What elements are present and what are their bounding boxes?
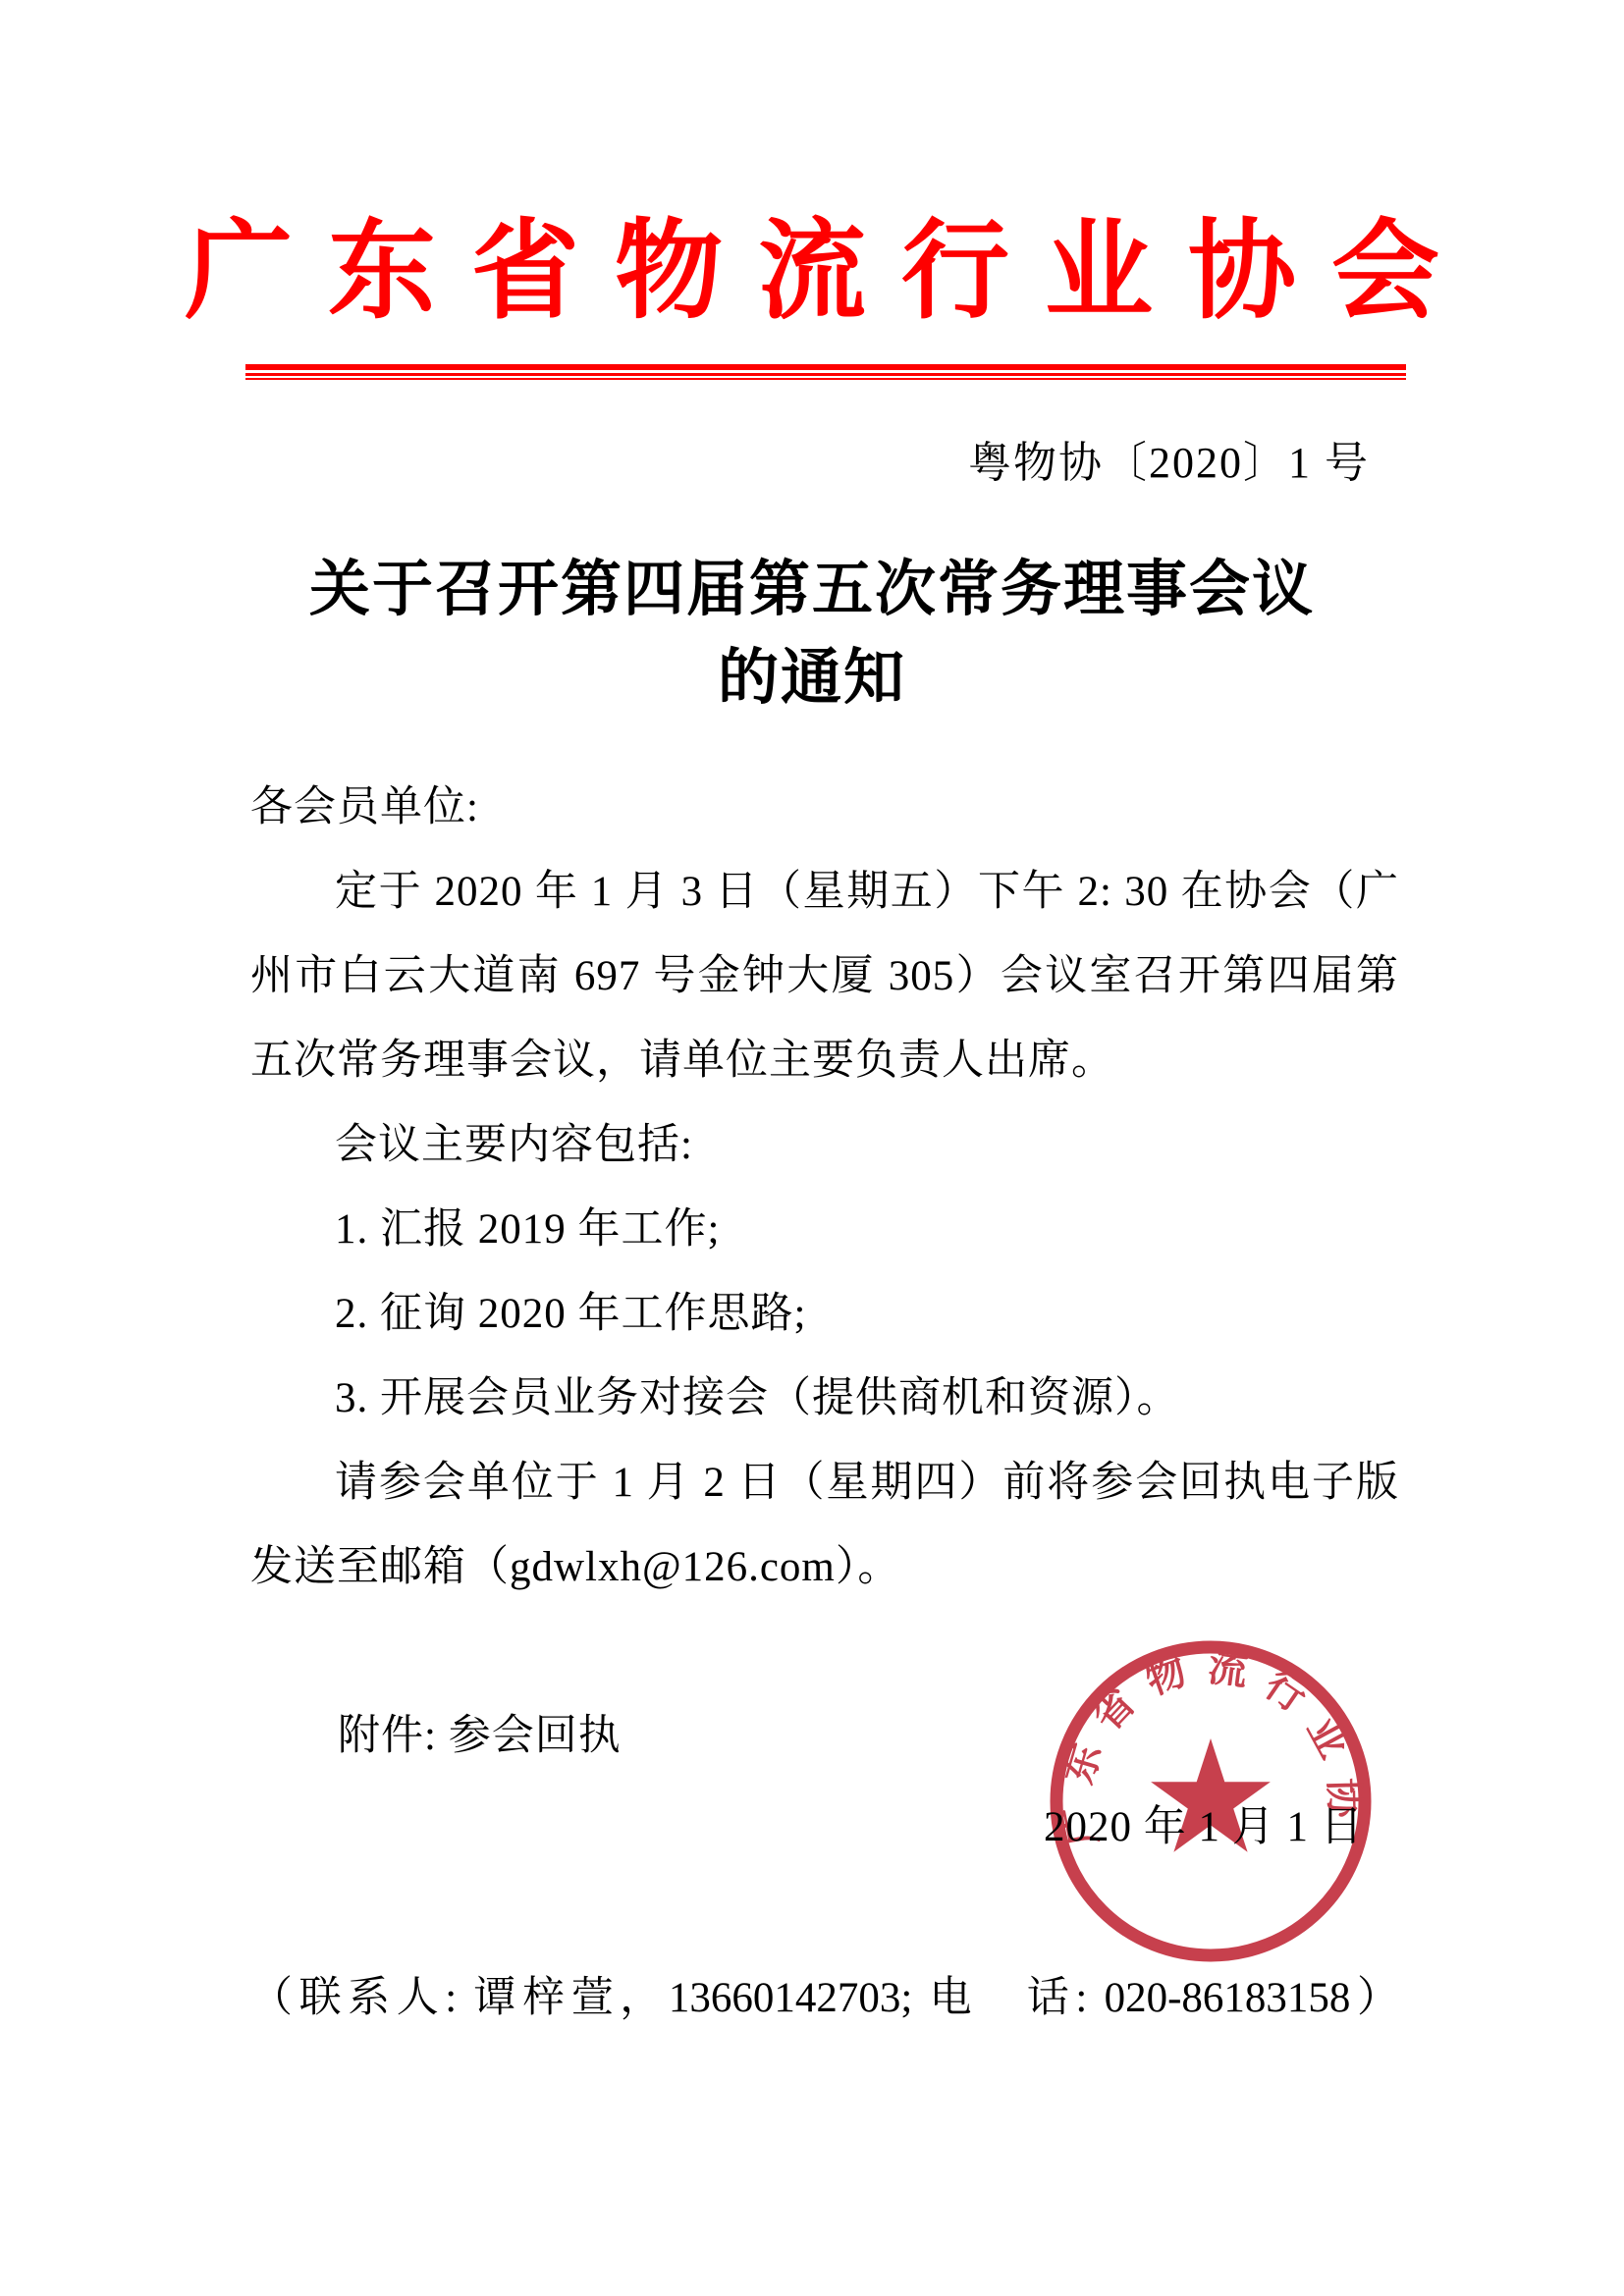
body-line: 发送至邮箱（gdwlxh@126.com）。 [250,1525,1399,1610]
body-line: 州市白云大道南 697 号金钟大厦 305）会议室召开第四届第 [250,934,1399,1019]
letterhead-rule-thin [245,378,1406,380]
letterhead-rule-mid [245,373,1406,376]
document-number: 粤物协〔2020〕1 号 [968,440,1370,487]
contact-info: （联系人: 谭梓萱，13660142703; 电 话: 020-86183158… [250,1977,1399,2020]
body-line: 五次常务理事会议，请单位主要负责人出席。 [250,1019,1399,1103]
document-title-line2: 的通知 [0,634,1624,722]
body-line: 请参会单位于 1 月 2 日（星期四）前将参会回执电子版 [250,1441,1399,1525]
body-line: 会议主要内容包括: [250,1103,1399,1188]
document-title: 关于召开第四届第五次常务理事会议 的通知 [0,546,1624,722]
letterhead-org-name: 广东省物流行业协会 [0,208,1624,336]
attachment-note: 附件: 参会回执 [338,1715,622,1757]
document-page: 广东省物流行业协会 粤物协〔2020〕1 号 关于召开第四届第五次常务理事会议 … [0,0,1624,2296]
official-seal: 广东省物流行业协会 [1044,1634,1378,1968]
salutation-line: 各会员单位: [250,766,1399,850]
issue-date: 2020 年 1 月 1 日 [1044,1806,1364,1848]
body-text: 各会员单位: 定于 2020 年 1 月 3 日（星期五）下午 2: 30 在协… [250,766,1399,1610]
body-line: 定于 2020 年 1 月 3 日（星期五）下午 2: 30 在协会（广 [250,850,1399,934]
document-title-line1: 关于召开第四届第五次常务理事会议 [0,546,1624,634]
letterhead-rule-thick [245,364,1406,370]
agenda-item-2: 2. 征询 2020 年工作思路; [250,1272,1399,1357]
agenda-item-3: 3. 开展会员业务对接会（提供商机和资源）。 [250,1357,1399,1441]
agenda-item-1: 1. 汇报 2019 年工作; [250,1188,1399,1272]
